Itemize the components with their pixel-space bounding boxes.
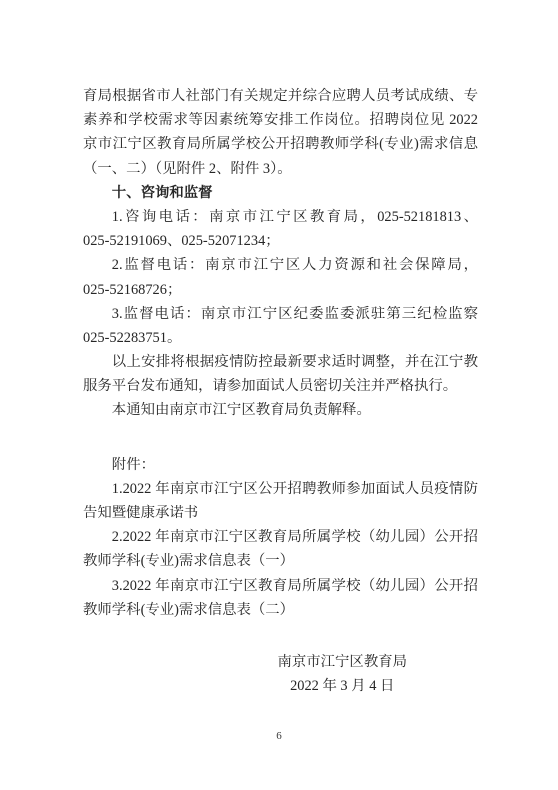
text-line: 教师学科(专业)需求信息表（二） — [83, 598, 478, 622]
text-line: 以上安排将根据疫情防控最新要求适时调整，并在江宁教育 — [83, 350, 478, 374]
text-line: 告知暨健康承诺书 — [83, 501, 478, 525]
text-line: 025-52168726； — [83, 278, 478, 302]
blank-line — [83, 423, 478, 453]
text-line: 附件： — [83, 453, 478, 477]
signature-org: 南京市江宁区教育局 — [277, 650, 407, 674]
text-line: （一、二）（见附件 2、附件 3）。 — [83, 157, 478, 181]
text-line: 025-52191069、025-52071234； — [83, 229, 478, 253]
text-line: 1.咨询电话：南京市江宁区教育局，025-52181813、 — [83, 205, 478, 229]
page-number: 6 — [0, 729, 558, 743]
signature-date: 2022 年 3 月 4 日 — [290, 674, 394, 698]
text-line: 2.2022 年南京市江宁区教育局所属学校（幼儿园）公开招聘 — [83, 525, 478, 549]
text-line: 素养和学校需求等因素统筹安排工作岗位。招聘岗位见 2022 年南 — [83, 108, 478, 132]
signature-block: 南京市江宁区教育局2022 年 3 月 4 日 — [277, 650, 407, 698]
text-line: 育局根据省市人社部门有关规定并综合应聘人员考试成绩、专业 — [83, 84, 478, 108]
section-heading: 十、咨询和监督 — [83, 181, 478, 205]
document-body: 育局根据省市人社部门有关规定并综合应聘人员考试成绩、专业素养和学校需求等因素统筹… — [83, 84, 478, 698]
text-line: 3.监督电话：南京市江宁区纪委监委派驻第三纪检监察组： — [83, 302, 478, 326]
text-line: 025-52283751。 — [83, 326, 478, 350]
text-line: 京市江宁区教育局所属学校公开招聘教师学科(专业)需求信息表 — [83, 132, 478, 156]
text-line: 3.2022 年南京市江宁区教育局所属学校（幼儿园）公开招聘 — [83, 574, 478, 598]
text-line: 1.2022 年南京市江宁区公开招聘教师参加面试人员疫情防控 — [83, 477, 478, 501]
document-page: 育局根据省市人社部门有关规定并综合应聘人员考试成绩、专业素养和学校需求等因素统筹… — [0, 0, 558, 790]
text-line: 2.监督电话：南京市江宁区人力资源和社会保障局， — [83, 253, 478, 277]
text-line: 本通知由南京市江宁区教育局负责解释。 — [83, 398, 478, 422]
text-line: 教师学科(专业)需求信息表（一） — [83, 549, 478, 573]
text-line: 服务平台发布通知，请参加面试人员密切关注并严格执行。 — [83, 374, 478, 398]
